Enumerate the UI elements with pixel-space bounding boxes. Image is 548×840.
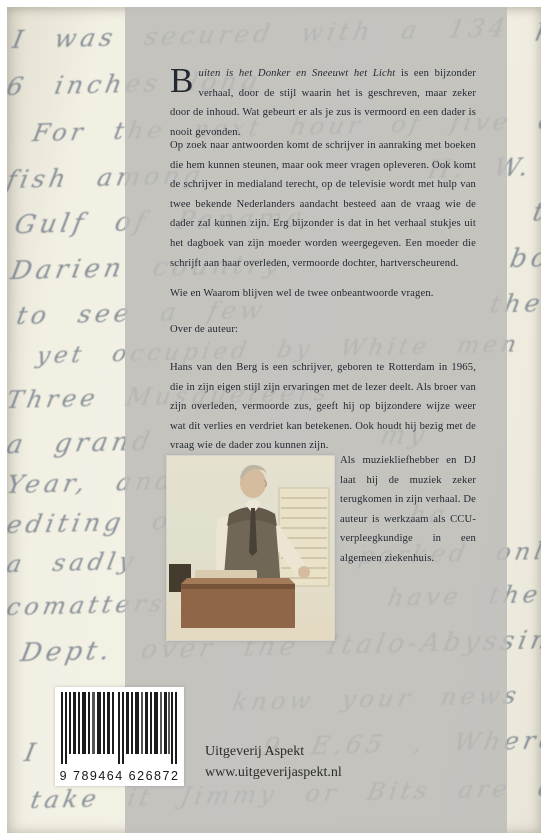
book-back-cover: I was secured with a 134 pounder - 9 ft.…: [0, 0, 548, 840]
barcode-bars: [61, 692, 178, 768]
barcode-number: 9 789464 626872: [55, 769, 184, 783]
isbn-barcode: 9 789464 626872: [55, 687, 184, 786]
author-photo-side-paragraph: Als muziekliefhebber en DJ laat hij de m…: [340, 451, 476, 569]
blurb-paragraph-1: Buiten is het Donker en Sneeuwt het Lich…: [170, 64, 476, 142]
blurb-paragraph-3: Wie en Waarom blijven wel de twee onbean…: [170, 284, 476, 304]
author-photo: [166, 455, 335, 641]
book-title-italic: uiten is het Donker en Sneeuwt het Licht: [199, 68, 396, 79]
about-author-paragraph: Hans van den Berg is een schrijver, gebo…: [170, 358, 476, 456]
cover-letter-paper: I was secured with a 134 pounder - 9 ft.…: [7, 7, 541, 833]
publisher-website: www.uitgeverijaspekt.nl: [205, 762, 342, 783]
blurb-paragraph-2: Op zoek naar antwoorden komt de schrijve…: [170, 136, 476, 273]
publisher-name: Uitgeverij Aspekt: [205, 741, 342, 762]
about-author-heading: Over de auteur:: [170, 320, 476, 340]
dropcap-letter: B: [170, 64, 199, 96]
sepia-overlay: [167, 456, 334, 640]
publisher-block: Uitgeverij Aspekt www.uitgeverijaspekt.n…: [205, 741, 342, 783]
author-photo-illustration: [167, 456, 334, 640]
